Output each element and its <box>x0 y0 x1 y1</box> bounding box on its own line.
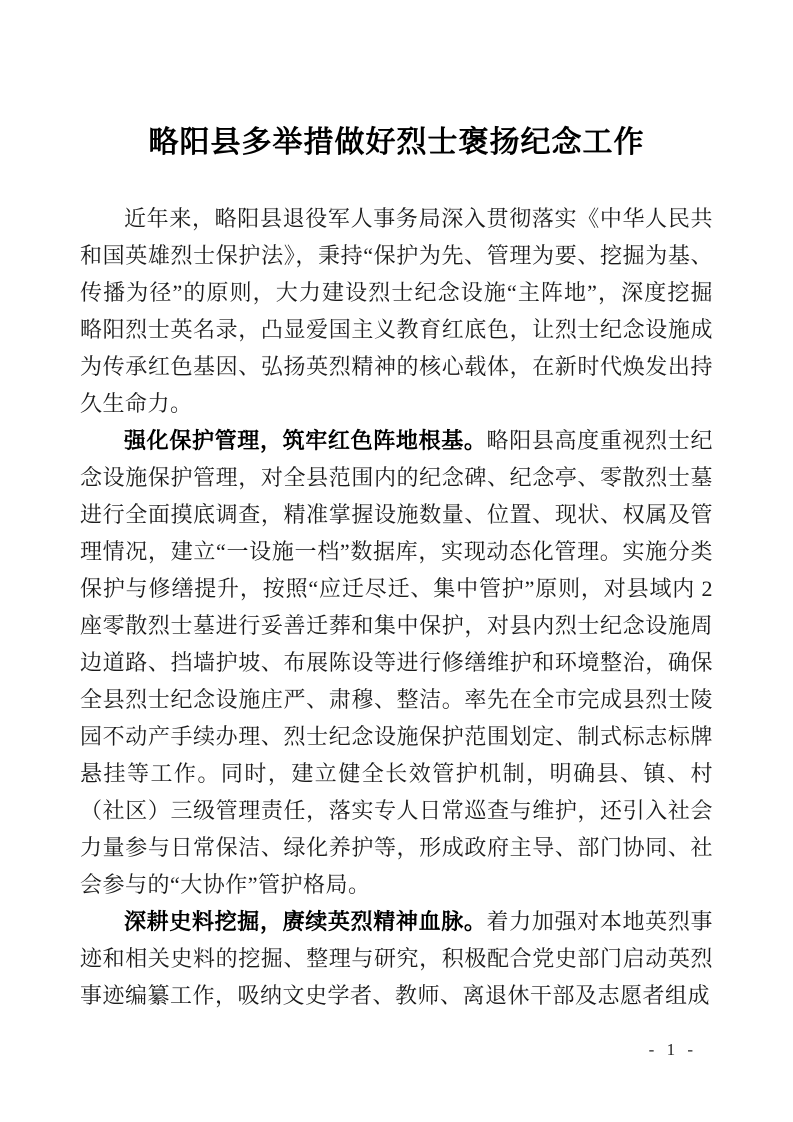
document-body: 近年来，略阳县退役军人事务局深入贯彻落实《中华人民共和国英雄烈士保护法》，秉持“… <box>0 200 793 1014</box>
paragraph-protection-lead: 强化保护管理，筑牢红色阵地根基。 <box>124 428 487 453</box>
paragraph-history-lead: 深耕史料挖掘，赓续英烈精神血脉。 <box>124 909 487 934</box>
paragraph-intro-text: 近年来，略阳县退役军人事务局深入贯彻落实《中华人民共和国英雄烈士保护法》，秉持“… <box>80 206 713 416</box>
document-page: 略阳县多举措做好烈士褒扬纪念工作 近年来，略阳县退役军人事务局深入贯彻落实《中华… <box>0 0 793 1122</box>
document-title: 略阳县多举措做好烈士褒扬纪念工作 <box>0 126 793 160</box>
paragraph-history: 深耕史料挖掘，赓续英烈精神血脉。着力加强对本地英烈事迹和相关史料的挖掘、整理与研… <box>80 903 713 1014</box>
paragraph-protection-text: 略阳县高度重视烈士纪念设施保护管理，对全县范围内的纪念碑、纪念亭、零散烈士墓进行… <box>80 428 713 897</box>
page-number: - 1 - <box>649 1040 697 1060</box>
paragraph-protection: 强化保护管理，筑牢红色阵地根基。略阳县高度重视烈士纪念设施保护管理，对全县范围内… <box>80 422 713 903</box>
paragraph-intro: 近年来，略阳县退役军人事务局深入贯彻落实《中华人民共和国英雄烈士保护法》，秉持“… <box>80 200 713 422</box>
